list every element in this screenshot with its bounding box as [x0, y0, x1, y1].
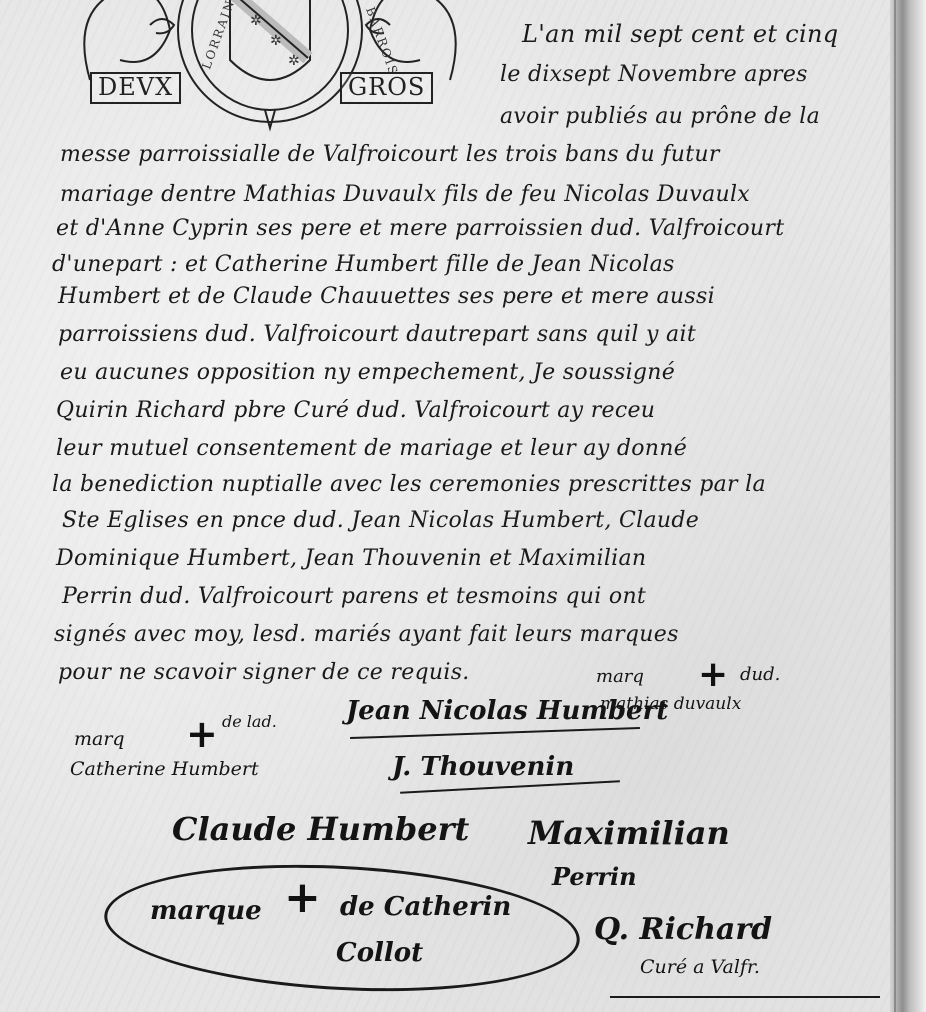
bride-cross-icon: +: [186, 712, 218, 756]
svg-text:✲: ✲: [270, 33, 282, 49]
bride-name: Catherine Humbert: [70, 758, 259, 780]
record-line-6: et d'Anne Cyprin ses pere et mere parroi…: [56, 216, 784, 241]
signature-q-richard: Q. Richard: [594, 912, 772, 947]
record-line-14: Ste Eglises en pnce dud. Jean Nicolas Hu…: [62, 508, 699, 533]
record-line-11: Quirin Richard pbre Curé dud. Valfroicou…: [56, 398, 655, 423]
signature-claude-humbert: Claude Humbert: [172, 810, 469, 848]
stamp-label-gros: GROS: [340, 72, 433, 104]
record-line-9: parroissiens dud. Valfroicourt dautrepar…: [58, 322, 696, 347]
record-line-17: signés avec moy, lesd. mariés ayant fait…: [54, 622, 679, 647]
stamp-label-devx: DEVX: [90, 72, 181, 104]
record-line-5: mariage dentre Mathias Duvaulx fils de f…: [60, 182, 750, 207]
signature-perrin: Perrin: [552, 862, 637, 891]
record-line-13: la benediction nuptialle avec les ceremo…: [52, 472, 766, 497]
record-line-10: eu aucunes opposition ny empechement, Je…: [60, 360, 675, 385]
record-line-3: avoir publiés au prône de la: [500, 104, 820, 129]
circled-mark-name: Collot: [336, 938, 423, 968]
signature-jean-nicolas-humbert: Jean Nicolas Humbert: [346, 696, 668, 726]
signature-maximilian: Maximilian: [528, 814, 730, 852]
record-line-8: Humbert et de Claude Chauuettes ses pere…: [58, 284, 715, 309]
svg-text:✲: ✲: [250, 13, 262, 29]
bride-mark-mid: de lad.: [222, 712, 277, 731]
circled-mark-prefix: marque: [150, 896, 262, 926]
groom-cross-icon: +: [698, 654, 728, 695]
bride-mark-prefix: marq: [74, 728, 125, 750]
stamp-crest-icon: ✲ ✲ ✲: [60, 0, 480, 140]
circled-mark-cross-icon: +: [284, 872, 321, 923]
record-line-15: Dominique Humbert, Jean Thouvenin et Max…: [56, 546, 646, 571]
record-line-4: messe parroissialle de Valfroicourt les …: [60, 142, 720, 167]
record-line-16: Perrin dud. Valfroicourt parens et tesmo…: [62, 584, 646, 609]
record-line-18: pour ne scavoir signer de ce requis.: [58, 660, 470, 685]
signature-j-thouvenin: J. Thouvenin: [392, 752, 574, 782]
record-line-12: leur mutuel consentement de mariage et l…: [56, 436, 687, 461]
record-line-7: d'unepart : et Catherine Humbert fille d…: [52, 252, 675, 277]
groom-mark-suffix: dud.: [740, 664, 780, 685]
groom-mark-prefix: marq: [596, 666, 644, 687]
tax-stamp: ✲ ✲ ✲ LORRAINE ET BARROIS DEVX GROS: [60, 0, 480, 140]
record-line-2: le dixsept Novembre apres: [500, 62, 808, 87]
signature-cure-valfroicourt: Curé a Valfr.: [640, 956, 760, 978]
svg-text:✲: ✲: [288, 53, 300, 69]
circled-mark-suffix: de Catherin: [340, 892, 511, 922]
binding-shadow: [894, 0, 896, 1012]
record-line-1: L'an mil sept cent et cinq: [522, 20, 838, 48]
signature-flourish: [610, 996, 880, 998]
